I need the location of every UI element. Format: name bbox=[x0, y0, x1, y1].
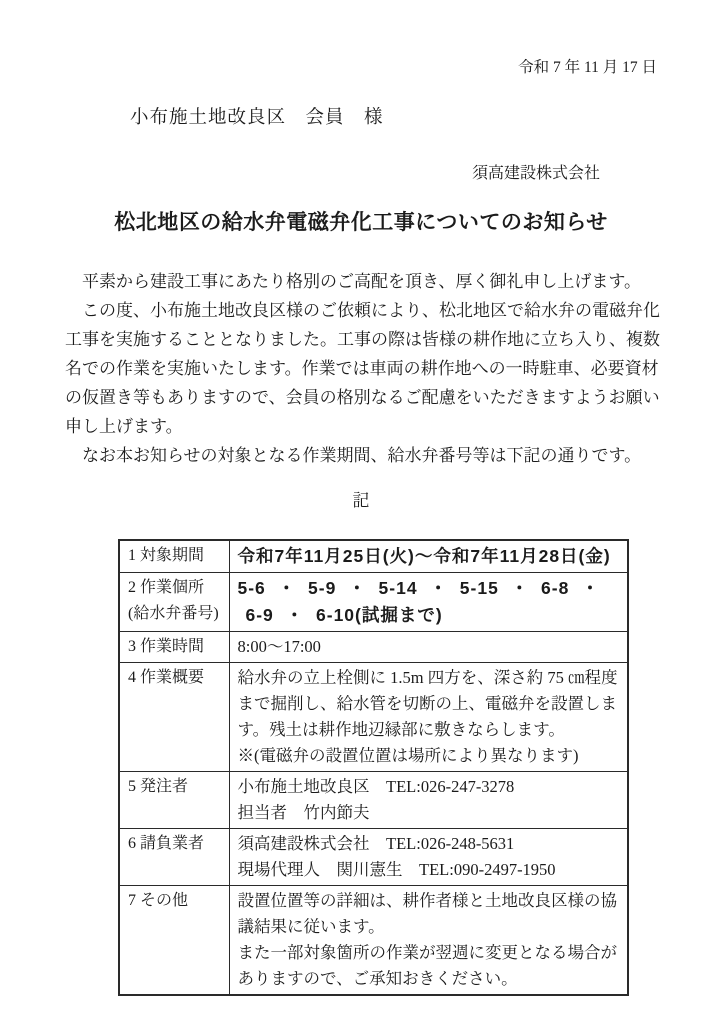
row-value-text: 須高建設株式会社 TEL:026-248-5631 bbox=[238, 831, 620, 857]
row-label-text: 6 請負業者 bbox=[128, 831, 225, 857]
document-date: 令和 7 年 11 月 17 日 bbox=[65, 57, 657, 78]
table-row-orderer: 5 発注者 小布施土地改良区 TEL:026-247-3278 担当者 竹内節夫 bbox=[119, 772, 628, 829]
table-row-work-summary: 4 作業概要 給水弁の立上栓側に 1.5m 四方を、深さ約 75 ㎝程度まで掘削… bbox=[119, 663, 628, 772]
body-paragraph: この度、小布施土地改良区様のご依頼により、松北地区で給水弁の電磁弁化工事を実施す… bbox=[65, 296, 665, 441]
row-label-text: 3 作業時間 bbox=[128, 634, 225, 660]
row-value-text: 給水弁の立上栓側に 1.5m 四方を、深さ約 75 ㎝程度まで掘削し、給水管を切… bbox=[238, 665, 620, 743]
table-row-work-locations: 2 作業個所 (給水弁番号) 5-6 ・ 5-9 ・ 5-14 ・ 5-15 ・… bbox=[119, 573, 628, 632]
row-value-text: 5-6 ・ 5-9 ・ 5-14 ・ 5-15 ・ 6-8 ・ bbox=[238, 575, 620, 602]
row-label-text: 1 対象期間 bbox=[128, 543, 225, 569]
row-label-text: 5 発注者 bbox=[128, 774, 225, 800]
row-value-text: 現場代理人 関川憲生 TEL:090-2497-1950 bbox=[238, 857, 620, 883]
details-table: 1 対象期間 令和7年11月25日(火)～令和7年11月28日(金) 2 作業個… bbox=[118, 539, 629, 996]
row-value: 8:00～17:00 bbox=[229, 632, 628, 663]
row-value-text: 8:00～17:00 bbox=[238, 634, 620, 660]
table-row-contractor: 6 請負業者 須高建設株式会社 TEL:026-248-5631 現場代理人 関… bbox=[119, 829, 628, 886]
row-label-subtext: (給水弁番号) bbox=[128, 601, 225, 627]
row-label-text: 4 作業概要 bbox=[128, 665, 225, 691]
row-label: 3 作業時間 bbox=[119, 632, 229, 663]
row-label: 5 発注者 bbox=[119, 772, 229, 829]
document-title: 松北地区の給水弁電磁弁化工事についてのお知らせ bbox=[65, 208, 657, 237]
table-row-other: 7 その他 設置位置等の詳細は、耕作者様と土地改良区様の協議結果に従います。 ま… bbox=[119, 886, 628, 996]
row-label: 1 対象期間 bbox=[119, 540, 229, 573]
table-row-target-period: 1 対象期間 令和7年11月25日(火)～令和7年11月28日(金) bbox=[119, 540, 628, 573]
record-heading: 記 bbox=[65, 489, 657, 513]
body-paragraph: 平素から建設工事にあたり格別のご高配を頂き、厚く御礼申し上げます。 bbox=[65, 267, 665, 296]
table-row-work-hours: 3 作業時間 8:00～17:00 bbox=[119, 632, 628, 663]
row-value-text: 担当者 竹内節夫 bbox=[238, 800, 620, 826]
row-value-text: 令和7年11月25日(火)～令和7年11月28日(金) bbox=[238, 543, 620, 570]
row-label-text: 7 その他 bbox=[128, 888, 225, 914]
row-value: 小布施土地改良区 TEL:026-247-3278 担当者 竹内節夫 bbox=[229, 772, 628, 829]
row-value-text: 小布施土地改良区 TEL:026-247-3278 bbox=[238, 774, 620, 800]
row-label: 6 請負業者 bbox=[119, 829, 229, 886]
row-value: 設置位置等の詳細は、耕作者様と土地改良区様の協議結果に従います。 また一部対象箇… bbox=[229, 886, 628, 996]
row-value-text: 設置位置等の詳細は、耕作者様と土地改良区様の協議結果に従います。 bbox=[238, 888, 620, 940]
letter-body: 平素から建設工事にあたり格別のご高配を頂き、厚く御礼申し上げます。 この度、小布… bbox=[65, 267, 665, 470]
row-label: 4 作業概要 bbox=[119, 663, 229, 772]
row-label: 7 その他 bbox=[119, 886, 229, 996]
row-value-text: 6-9 ・ 6-10(試掘まで) bbox=[238, 602, 620, 629]
body-paragraph: なお本お知らせの対象となる作業期間、給水弁番号等は下記の通りです。 bbox=[65, 441, 665, 470]
document-page: 令和 7 年 11 月 17 日 小布施土地改良区 会員 様 須高建設株式会社 … bbox=[0, 0, 724, 1024]
row-value: 5-6 ・ 5-9 ・ 5-14 ・ 5-15 ・ 6-8 ・ 6-9 ・ 6-… bbox=[229, 573, 628, 632]
row-value-note: ※(電磁弁の設置位置は場所により異なります) bbox=[238, 743, 620, 769]
sender-company: 須高建設株式会社 bbox=[65, 163, 657, 185]
row-label: 2 作業個所 (給水弁番号) bbox=[119, 573, 229, 632]
row-value: 給水弁の立上栓側に 1.5m 四方を、深さ約 75 ㎝程度まで掘削し、給水管を切… bbox=[229, 663, 628, 772]
row-label-text: 2 作業個所 bbox=[128, 575, 225, 601]
row-value: 令和7年11月25日(火)～令和7年11月28日(金) bbox=[229, 540, 628, 573]
addressee: 小布施土地改良区 会員 様 bbox=[65, 105, 657, 131]
row-value: 須高建設株式会社 TEL:026-248-5631 現場代理人 関川憲生 TEL… bbox=[229, 829, 628, 886]
row-value-text: また一部対象箇所の作業が翌週に変更となる場合がありますので、ご承知おきください。 bbox=[238, 940, 620, 992]
